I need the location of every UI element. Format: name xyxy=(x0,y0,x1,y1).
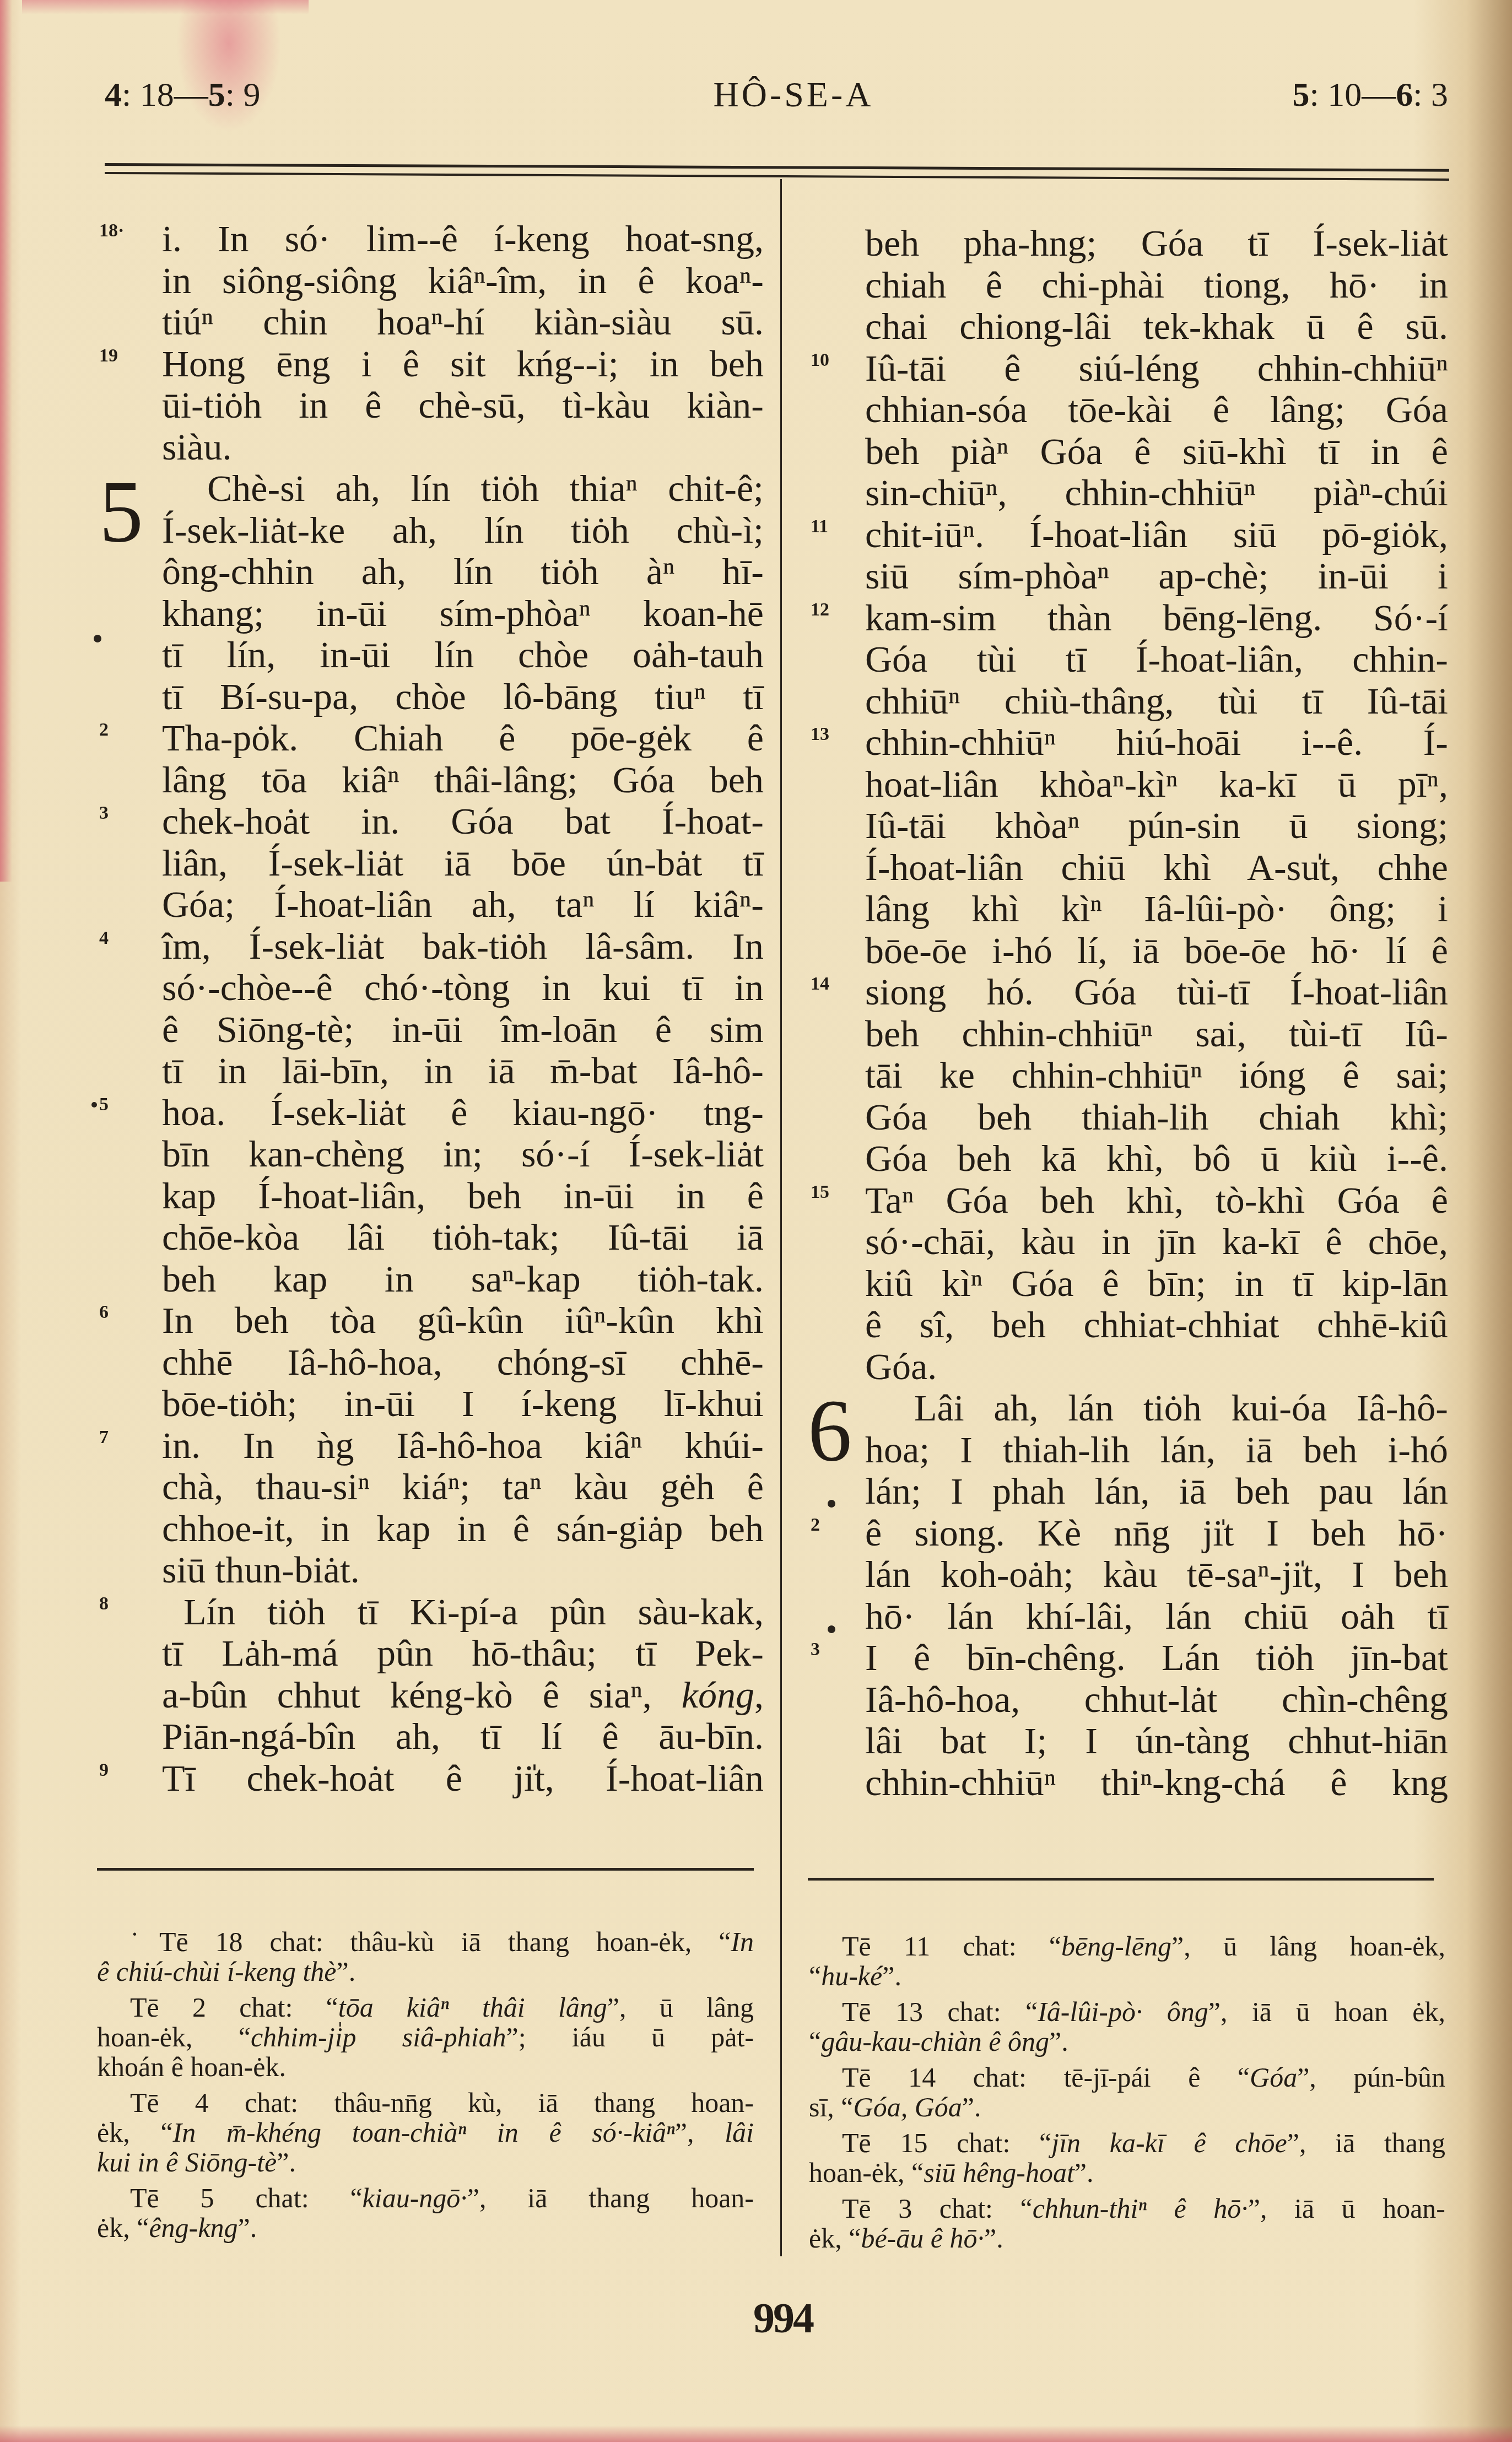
text-line: chhoe-it, in kap in ê sán-giȧp beh xyxy=(162,1508,764,1550)
line-text: Góa tùi tī Í-hoat-liân, chhin- xyxy=(865,638,1448,680)
footnote-text: “ xyxy=(809,1960,821,1991)
footnote-line: ê chiú-chùi í-keng thè”. xyxy=(97,1957,754,1986)
line-text: In beh tòa gû-kûn iûⁿ-kûn khì xyxy=(162,1299,764,1341)
footnote-text: ”, pún-bûn xyxy=(1297,2062,1445,2093)
line-text: tī Bí-su-pa, chòe lô-bāng tiuⁿ tī xyxy=(162,676,764,717)
footnote-line: Tē 11 chat: “bēng-lēng”, ū lâng hoan-ėk, xyxy=(809,1931,1445,1961)
verse-number: 7 xyxy=(99,1428,128,1447)
verse-number: 11 xyxy=(811,517,839,536)
verse-number: 6 xyxy=(99,1303,128,1322)
footnote-line: “gâu-kau-chiàn ê ông”. xyxy=(809,2027,1445,2056)
text-line: siàu. xyxy=(162,426,764,468)
text-line: 10Iû-tāi ê siú-léng chhin-chhiūⁿ xyxy=(865,348,1448,390)
ink-speck xyxy=(828,1500,835,1508)
footnote-italic-text: tōa kiâⁿ thâi lâng xyxy=(338,1992,607,2023)
footnote: Tē 3 chat: “chhun-thiⁿ ê hō·”, iā ū hoan… xyxy=(809,2194,1445,2253)
text-line: 5hoa. Í-sek-liȧt ê kiau-ngō· tng- xyxy=(162,1092,764,1134)
line-text: kiû kìⁿ Góa ê bīn; in tī kip-lān xyxy=(865,1262,1448,1304)
text-line: Í-hoat-liân chiū khì A-su̍t, chhe xyxy=(865,847,1448,889)
line-text: lâi bat I; I ún-tàng chhut-hiān xyxy=(865,1720,1448,1762)
text-line: lâng khì kìⁿ Iâ-lûi-pò· ông; i xyxy=(865,888,1448,930)
verse-number: 8 xyxy=(99,1595,128,1613)
text-line: 11chit-iūⁿ. Í-hoat-liân siū pō-giȯk, xyxy=(865,514,1448,556)
text-line: só·-chāi, kàu in jīn ka-kī ê chōe, xyxy=(865,1221,1448,1263)
verse-number: 9 xyxy=(99,1761,128,1780)
line-text: a-bûn chhut kéng-kò ê siaⁿ, xyxy=(162,1674,682,1716)
line-text: ê sî, beh chhiat-chhiat chhē-kiû xyxy=(865,1304,1448,1346)
text-line: sin-chiūⁿ, chhin-chhiūⁿ piàⁿ-chúi xyxy=(865,472,1448,514)
line-text: Piān-ngá-bîn ah, tī lí ê āu-bīn. xyxy=(162,1715,764,1757)
text-line: 6In beh tòa gû-kûn iûⁿ-kûn khì xyxy=(162,1300,764,1342)
line-text: chai chiong-lâi tek-khak ū ê sū. xyxy=(865,305,1448,347)
text-line: ê sî, beh chhiat-chhiat chhē-kiû xyxy=(865,1304,1448,1346)
footnote-text: ”. xyxy=(962,2092,981,2122)
footnote-text: ”. xyxy=(1049,2026,1068,2057)
verse-number: 19 xyxy=(99,347,128,365)
verse-number: 2 xyxy=(811,1516,839,1535)
footnote: Tē 11 chat: “bēng-lēng”, ū lâng hoan-ėk,… xyxy=(809,1931,1445,1991)
footnote-text: Tē 3 chat: “ xyxy=(842,2193,1033,2224)
line-text: Iû-tāi khòaⁿ pún-sin ū siong; xyxy=(865,804,1448,846)
footnote-line: ˙Tē 18 chat: thâu-kù iā thang hoan-ėk, “… xyxy=(97,1927,754,1957)
text-line: 12kam-sim thàn bēng-lēng. Só·-í xyxy=(865,597,1448,639)
line-text: chhian-sóa tōe-kài ê lâng; Góa xyxy=(865,388,1448,430)
line-text: Taⁿ Góa beh khì, tò-khì Góa ê xyxy=(865,1179,1448,1221)
footnote-italic-text: kiau-ngō· xyxy=(363,2182,467,2213)
text-line: tī Lȧh-má pûn hō-thâu; tī Pek- xyxy=(162,1633,764,1674)
text-line: 2ê siong. Kè nn̄g ji̍t I beh hō· xyxy=(865,1512,1448,1554)
footnote-line: “hu-ké”. xyxy=(809,1961,1445,1991)
line-text: Góa beh kā khì, bô ū kiù i--ê. xyxy=(865,1137,1448,1179)
text-line: Chè-si ah, lín tiȯh thiaⁿ chit-ê; xyxy=(162,468,764,510)
text-line: 9Tī chek-hoȧt ê ji̍t, Í-hoat-liân xyxy=(162,1758,764,1800)
line-text: Hong ēng i ê sit kńg--i; in beh xyxy=(162,343,764,385)
text-line: ông-chhin ah, lín tiȯh àⁿ hī- xyxy=(162,551,764,593)
footnote-italic-text: chhun-thiⁿ ê hō· xyxy=(1033,2193,1248,2224)
text-line: Góa tùi tī Í-hoat-liân, chhin- xyxy=(865,639,1448,680)
running-header-end-reference: 5: 10—6: 3 xyxy=(1293,78,1448,112)
line-text: lán; I phah lán, iā beh pau lán xyxy=(865,1470,1448,1512)
footnote-italic-text: bé-āu ê hō· xyxy=(861,2223,984,2254)
line-text: Góa; Í-hoat-liân ah, taⁿ lí kiâⁿ- xyxy=(162,883,764,925)
footnote-text: khoán ê hoan-ėk. xyxy=(97,2051,286,2082)
line-text: khang; in-ūi sím-phòaⁿ koan-hē xyxy=(162,592,764,634)
text-line: 2Tha-pȯk. Chiah ê pōe-gėk ê xyxy=(162,717,764,759)
footnote: Tē 5 chat: “kiau-ngō·”, iā thang hoan- ė… xyxy=(97,2183,754,2243)
line-text: chhin-chhiūⁿ hiú-hoāi i--ê. Í- xyxy=(865,721,1448,763)
footnote-line: Tē 5 chat: “kiau-ngō·”, iā thang hoan- xyxy=(97,2183,754,2213)
footnote-italic-text: kui in ê Siōng-tè xyxy=(97,2147,277,2178)
right-text-column: beh pha-hng; Góa tī Í-sek-liȧt chiah ê c… xyxy=(865,223,1448,1803)
verse-range-text: : 9 xyxy=(225,76,261,114)
line-text: siū thun-biȧt. xyxy=(162,1549,360,1591)
text-line: bōe-ōe i-hó lí, iā bōe-ōe hō· lí ê xyxy=(865,930,1448,972)
text-line: 7in. In ǹg Iâ-hô-hoa kiâⁿ khúi- xyxy=(162,1425,764,1467)
text-line: lán koh-oȧh; kàu tē-saⁿ-ji̍t, I beh xyxy=(865,1554,1448,1596)
footnote-text: ėk, “ xyxy=(97,2212,149,2243)
line-text: bōe-tiȯh; in-ūi I í-keng lī-khui xyxy=(162,1382,764,1424)
footnote-line: Tē 15 chat: “jīn ka-kī ê chōe”, iā thang xyxy=(809,2128,1445,2158)
text-line: tiúⁿ chin hoaⁿ-hí kiàn-siàu sū. xyxy=(162,301,764,343)
footnote-line: kui in ê Siōng-tè”. xyxy=(97,2147,754,2177)
text-line: tī lín, in-ūi lín chòe oȧh-tauh xyxy=(162,634,764,676)
text-line: chhian-sóa tōe-kài ê lâng; Góa xyxy=(865,389,1448,431)
line-text: chōe-kòa lâi tiȯh-tak; Iû-tāi iā xyxy=(162,1216,764,1258)
text-line: Lâi ah, lán tiȯh kui-óa Iâ-hô- xyxy=(865,1387,1448,1429)
text-line: tī in lāi-bīn, in iā m̄-bat Iâ-hô- xyxy=(162,1050,764,1092)
text-line: bōe-tiȯh; in-ūi I í-keng lī-khui xyxy=(162,1383,764,1425)
text-line: chai chiong-lâi tek-khak ū ê sū. xyxy=(865,306,1448,348)
footnote-text: “ xyxy=(809,2026,821,2057)
line-text: beh chhin-chhiūⁿ sai, tùi-tī Iû- xyxy=(865,1013,1448,1055)
footnote-text: ”, iā thang hoan- xyxy=(467,2182,754,2213)
line-text: só·-chāi, kàu in jīn ka-kī ê chōe, xyxy=(865,1220,1448,1262)
line-text: Lín tiȯh tī Ki-pí-a pûn sàu-kak, xyxy=(183,1591,764,1633)
footnote-text: ”, iā thang xyxy=(1287,2127,1445,2158)
footnote-rule-right xyxy=(808,1878,1434,1881)
footnote-text: ”. xyxy=(1074,2157,1094,2188)
footnote-text: ėk, “ xyxy=(809,2223,861,2254)
line-text: îm, Í-sek-liȧt bak-tiȯh lâ-sâm. In xyxy=(162,925,764,967)
text-line: Piān-ngá-bîn ah, tī lí ê āu-bīn. xyxy=(162,1716,764,1758)
text-line: Góa beh kā khì, bô ū kiù i--ê. xyxy=(865,1138,1448,1180)
footnote-italic-text: Iâ-lûi-pò· ông xyxy=(1038,1996,1208,2027)
text-line: siū thun-biȧt. xyxy=(162,1549,764,1591)
footnote-text: Tē 4 chat: thâu-nn̄g kù, iā thang hoan- xyxy=(130,2087,754,2118)
footnotes-right: Tē 11 chat: “bēng-lēng”, ū lâng hoan-ėk,… xyxy=(809,1931,1445,2253)
text-line: chiah ê chi-phài tiong, hō· in xyxy=(865,264,1448,306)
text-line: beh pha-hng; Góa tī Í-sek-liȧt xyxy=(865,223,1448,264)
footnote-text: ”; iáu ū pȧt- xyxy=(506,2022,754,2052)
line-text: Iû-tāi ê siú-léng chhin-chhiūⁿ xyxy=(865,347,1448,389)
verse-number: 4 xyxy=(99,929,128,948)
verse-range-text: : 18— xyxy=(122,76,208,114)
footnote-line: ėk, “In m̄-khéng toan-chiàⁿ in ê só·-kiâ… xyxy=(97,2117,754,2147)
text-line: siū sím-phòaⁿ ap-chè; in-ūi i xyxy=(865,555,1448,597)
footnote-text: Tē 5 chat: “ xyxy=(130,2182,363,2213)
text-line: a-bûn chhut kéng-kò ê siaⁿ, kóng, xyxy=(162,1674,764,1716)
footnote-text: Tē 15 chat: “ xyxy=(842,2127,1051,2158)
column-divider xyxy=(780,179,782,2256)
text-line: hō· lán khí-lâi, lán chiū oȧh tī xyxy=(865,1596,1448,1638)
text-line: 3I ê bīn-chêng. Lán tiȯh jīn-bat xyxy=(865,1637,1448,1679)
footnote-line: Tē 3 chat: “chhun-thiⁿ ê hō·”, iā ū hoan… xyxy=(809,2194,1445,2223)
text-line: Góa beh thiah-lih chiah khì; xyxy=(865,1096,1448,1138)
footnote-italic-text: In m̄-khéng toan-chiàⁿ in ê só·-kiâⁿ xyxy=(173,2117,675,2148)
footnote-italic-text: Góa xyxy=(1250,2062,1297,2093)
footnote-line: khoán ê hoan-ėk. xyxy=(97,2052,754,2082)
line-text: beh piàⁿ Góa ê siū-khì tī in ê xyxy=(865,430,1448,472)
line-text: chiah ê chi-phài tiong, hō· in xyxy=(865,264,1448,306)
text-line: in siông-siông kiâⁿ-îm, in ê koaⁿ- xyxy=(162,260,764,302)
text-line: 4îm, Í-sek-liȧt bak-tiȯh lâ-sâm. In xyxy=(162,926,764,968)
text-line: khang; in-ūi sím-phòaⁿ koan-hē xyxy=(162,593,764,635)
text-line: 8Lín tiȯh tī Ki-pí-a pûn sàu-kak, xyxy=(162,1591,764,1633)
ink-speck xyxy=(828,1625,835,1633)
line-text: Góa beh thiah-lih chiah khì; xyxy=(865,1096,1448,1138)
chapter-number: 4 xyxy=(105,76,122,114)
footnote-text: hoan-ėk, “ xyxy=(809,2157,924,2188)
verse-range-text: : 10— xyxy=(1310,76,1396,114)
text-line: ê Siōng-tè; in-ūi îm-loān ê sim xyxy=(162,1009,764,1051)
line-text: lâng tōa kiâⁿ thâi-lâng; Góa beh xyxy=(162,759,764,801)
footnote-line: sī, “Góa, Góa”. xyxy=(809,2092,1445,2122)
footnote-rule-left xyxy=(97,1868,754,1871)
text-line: chhin-chhiūⁿ thiⁿ-kng-chá ê kng xyxy=(865,1762,1448,1804)
line-text: bīn kan-chèng in; só·-í Í-sek-liȧt xyxy=(162,1133,764,1175)
verse-number: 18· xyxy=(99,221,128,240)
footnote-text: Tē 2 chat: “ xyxy=(130,1992,338,2023)
page-number: 994 xyxy=(673,2297,893,2340)
line-text: beh pha-hng; Góa tī Í-sek-liȧt xyxy=(865,222,1448,264)
line-text: kap Í-hoat-liân, beh in-ūi in ê xyxy=(162,1175,764,1217)
line-text: só·-chòe--ê chó·-tòng in kui tī in xyxy=(162,966,764,1008)
chapter-number: 5 xyxy=(208,76,225,114)
footnote-text: ”. xyxy=(984,2223,1003,2254)
line-text: Lâi ah, lán tiȯh kui-óa Iâ-hô- xyxy=(914,1387,1448,1429)
footnote: Tē 14 chat: tē-jī-pái ê “Góa”, pún-bûn s… xyxy=(809,2062,1445,2122)
line-text: lán koh-oȧh; kàu tē-saⁿ-ji̍t, I beh xyxy=(865,1553,1448,1595)
chapter-number: 5 xyxy=(1293,76,1310,114)
footnote-italic-text: Góa, Góa xyxy=(854,2092,962,2122)
text-line: Í-sek-liȧt-ke ah, lín tiȯh chù-ì; xyxy=(162,510,764,552)
line-text: Iâ-hô-hoa, chhut-lȧt chìn-chêng xyxy=(865,1678,1448,1720)
left-text-column: 18·i. In só· lim--ê í-keng hoat-sng, in … xyxy=(162,218,764,1799)
verse-range-text: : 3 xyxy=(1413,76,1448,114)
footnote: Tē 15 chat: “jīn ka-kī ê chōe”, iā thang… xyxy=(809,2128,1445,2187)
line-text: hoa; I thiah-lih lán, iā beh i-hó xyxy=(865,1429,1448,1471)
footnote-italic-text: hu-ké xyxy=(821,1960,882,1991)
footnote: Tē 2 chat: “tōa kiâⁿ thâi lâng”, ū lâng … xyxy=(97,1992,754,2082)
line-text: in siông-siông kiâⁿ-îm, in ê koaⁿ- xyxy=(162,260,764,301)
line-text: tī lín, in-ūi lín chòe oȧh-tauh xyxy=(162,634,764,676)
footnote-italic-text: lâi xyxy=(725,2117,754,2148)
line-text: hoa. Í-sek-liȧt ê kiau-ngō· tng- xyxy=(162,1092,764,1133)
line-text: in. In ǹg Iâ-hô-hoa kiâⁿ khúi- xyxy=(162,1424,764,1466)
footnote-text: ”, xyxy=(675,2117,725,2148)
verse-number: 12 xyxy=(811,601,839,619)
footnote: ˙Tē 18 chat: thâu-kù iā thang hoan-ėk, “… xyxy=(97,1927,754,1986)
line-text: ūi-tiȯh in ê chè-sū, tì-kàu kiàn- xyxy=(162,384,764,426)
text-line: 15Taⁿ Góa beh khì, tò-khì Góa ê xyxy=(865,1180,1448,1222)
text-line: kap Í-hoat-liân, beh in-ūi in ê xyxy=(162,1175,764,1217)
chapter-number: 6 xyxy=(1396,76,1413,114)
text-line: chhiūⁿ chiù-thâng, tùi tī Iû-tāi xyxy=(865,680,1448,722)
footnote-text: Tē 14 chat: tē-jī-pái ê “ xyxy=(842,2062,1250,2093)
line-text: chà, thau-siⁿ kiáⁿ; taⁿ kàu gėh ê xyxy=(162,1466,764,1508)
footnote-italic-text: gâu-kau-chiàn ê ông xyxy=(821,2026,1049,2057)
footnote-line: hoan-ėk, “siū hêng-hoat”. xyxy=(809,2158,1445,2187)
text-line: só·-chòe--ê chó·-tòng in kui tī in xyxy=(162,967,764,1009)
text-line: hoa; I thiah-lih lán, iā beh i-hó xyxy=(865,1429,1448,1471)
footnote-text: ”, ū lâng hoan-ėk, xyxy=(1171,1931,1445,1962)
verse-number: 15 xyxy=(811,1183,839,1202)
footnote-text: ”. xyxy=(882,1960,901,1991)
text-line: ūi-tiȯh in ê chè-sū, tì-kàu kiàn- xyxy=(162,385,764,426)
footnote-line: hoan-ėk, “chhim-ji̍p siâ-phiah”; iáu ū p… xyxy=(97,2022,754,2052)
line-text: tī Lȧh-má pûn hō-thâu; tī Pek- xyxy=(162,1632,764,1674)
verse-number: 10 xyxy=(811,351,839,370)
line-text: siàu. xyxy=(162,426,232,468)
text-line: Iâ-hô-hoa, chhut-lȧt chìn-chêng xyxy=(865,1679,1448,1721)
line-text: chek-hoȧt in. Góa bat Í-hoat- xyxy=(162,800,764,842)
text-line: beh chhin-chhiūⁿ sai, tùi-tī Iû- xyxy=(865,1013,1448,1055)
footnote-text: sī, “ xyxy=(809,2092,854,2122)
footnote-line: Tē 14 chat: tē-jī-pái ê “Góa”, pún-bûn xyxy=(809,2062,1445,2092)
line-text: i. In só· lim--ê í-keng hoat-sng, xyxy=(162,218,764,260)
line-text: chhiūⁿ chiù-thâng, tùi tī Iû-tāi xyxy=(865,680,1448,722)
line-text: chit-iūⁿ. Í-hoat-liân siū pō-giȯk, xyxy=(865,514,1448,555)
chapter-drop-cap: 5 xyxy=(99,467,143,555)
footnote-line: Tē 2 chat: “tōa kiâⁿ thâi lâng”, ū lâng xyxy=(97,1992,754,2022)
footnote-italic-text: siū hêng-hoat xyxy=(924,2157,1074,2188)
text-line: chōe-kòa lâi tiȯh-tak; Iû-tāi iā xyxy=(162,1217,764,1258)
chapter-drop-cap: 6 xyxy=(808,1386,852,1474)
footnote-italic-text: ê chiú-chùi í-keng thè xyxy=(97,1956,337,1987)
line-text: Tī chek-hoȧt ê ji̍t, Í-hoat-liân xyxy=(162,1757,764,1799)
footnote-text: ”, ū lâng xyxy=(607,1992,754,2023)
verse-number: 5 xyxy=(99,1095,128,1114)
line-text: sin-chiūⁿ, chhin-chhiūⁿ piàⁿ-chúi xyxy=(865,472,1448,514)
line-text: tī in lāi-bīn, in iā m̄-bat Iâ-hô- xyxy=(162,1050,764,1092)
footnote-italic-text: In xyxy=(731,1926,754,1957)
ink-speck xyxy=(94,635,101,642)
text-line: kiû kìⁿ Góa ê bīn; in tī kip-lān xyxy=(865,1263,1448,1305)
footnote-line: ėk, “bé-āu ê hō·”. xyxy=(809,2223,1445,2253)
text-line: lán; I phah lán, iā beh pau lán xyxy=(865,1471,1448,1512)
text-line: beh piàⁿ Góa ê siū-khì tī in ê xyxy=(865,431,1448,473)
ink-speck xyxy=(91,1102,97,1107)
line-text: ông-chhin ah, lín tiȯh àⁿ hī- xyxy=(162,550,764,592)
line-text: , xyxy=(754,1674,764,1716)
footnote-italic-text: jīn ka-kī ê chōe xyxy=(1051,2127,1287,2158)
footnote-italic-text: êng-kng xyxy=(149,2212,237,2243)
text-line: lâng tōa kiâⁿ thâi-lâng; Góa beh xyxy=(162,759,764,801)
footnote-text: ėk, “ xyxy=(97,2117,173,2148)
line-text: I ê bīn-chêng. Lán tiȯh jīn-bat xyxy=(865,1636,1448,1678)
text-line: hoat-liân khòaⁿ-kìⁿ ka-kī ū pīⁿ, xyxy=(865,764,1448,806)
text-line: lâi bat I; I ún-tàng chhut-hiān xyxy=(865,1720,1448,1762)
footnote-text: ”. xyxy=(277,2147,296,2178)
footnote-text: ”, iā ū hoan ėk, xyxy=(1208,1996,1445,2027)
line-text: liân, Í-sek-liȧt iā bōe ún-bȧt tī xyxy=(162,842,764,884)
footnote: Tē 13 chat: “Iâ-lûi-pò· ông”, iā ū hoan … xyxy=(809,1997,1445,2056)
line-text: Í-hoat-liân chiū khì A-su̍t, chhe xyxy=(865,846,1448,888)
footnote-line: Tē 13 chat: “Iâ-lûi-pò· ông”, iā ū hoan … xyxy=(809,1997,1445,2027)
running-header-start-reference: 4: 18—5: 9 xyxy=(105,78,260,112)
line-text: tiúⁿ chin hoaⁿ-hí kiàn-siàu sū. xyxy=(162,301,764,343)
verse-number: 3 xyxy=(811,1640,839,1659)
text-line: Iû-tāi khòaⁿ pún-sin ū siong; xyxy=(865,805,1448,847)
text-line: Góa; Í-hoat-liân ah, taⁿ lí kiâⁿ- xyxy=(162,884,764,926)
footnote-line: Tē 4 chat: thâu-nn̄g kù, iā thang hoan- xyxy=(97,2088,754,2117)
text-line: Góa. xyxy=(865,1346,1448,1388)
line-text: siong hó. Góa tùi-tī Í-hoat-liân xyxy=(865,971,1448,1013)
footnote-line: ėk, “êng-kng”. xyxy=(97,2213,754,2243)
text-line: tāi ke chhin-chhiūⁿ ióng ê sai; xyxy=(865,1055,1448,1096)
text-line: chà, thau-siⁿ kiáⁿ; taⁿ kàu gėh ê xyxy=(162,1466,764,1508)
text-line: 14siong hó. Góa tùi-tī Í-hoat-liân xyxy=(865,971,1448,1013)
line-text: kam-sim thàn bēng-lēng. Só·-í xyxy=(865,597,1448,639)
verse-number: 3 xyxy=(99,804,128,823)
footnote-text: hoan-ėk, “ xyxy=(97,2022,251,2052)
line-text: hō· lán khí-lâi, lán chiū oȧh tī xyxy=(865,1595,1448,1637)
line-text: chhē Iâ-hô-hoa, chóng-sī chhē- xyxy=(162,1341,764,1383)
line-text: siū sím-phòaⁿ ap-chè; in-ūi i xyxy=(865,555,1448,597)
text-line: bīn kan-chèng in; só·-í Í-sek-liȧt xyxy=(162,1133,764,1175)
footnote-italic-text: chhim-ji̍p siâ-phiah xyxy=(251,2022,506,2052)
footnote: Tē 4 chat: thâu-nn̄g kù, iā thang hoan- … xyxy=(97,2088,754,2177)
line-text: bōe-ōe i-hó lí, iā bōe-ōe hō· lí ê xyxy=(865,930,1448,971)
line-text: Í-sek-liȧt-ke ah, lín tiȯh chù-ì; xyxy=(162,509,764,551)
text-line: 19Hong ēng i ê sit kńg--i; in beh xyxy=(162,343,764,385)
line-text: ê siong. Kè nn̄g ji̍t I beh hō· xyxy=(865,1512,1448,1554)
footnote-text: ˙Tē 18 chat: thâu-kù iā thang hoan-ėk, “ xyxy=(130,1926,731,1957)
book-title: HÔ-SE-A xyxy=(628,78,959,112)
footnote-italic-text: bēng-lēng xyxy=(1061,1931,1171,1962)
footnote-text: ”. xyxy=(237,2212,257,2243)
text-line: tī Bí-su-pa, chòe lô-bāng tiuⁿ tī xyxy=(162,676,764,718)
text-line: 13chhin-chhiūⁿ hiú-hoāi i--ê. Í- xyxy=(865,722,1448,764)
footnote-text: ”, iā ū hoan- xyxy=(1248,2193,1445,2224)
verse-number: 13 xyxy=(811,725,839,744)
text-line: beh kap in saⁿ-kap tiȯh-tak. xyxy=(162,1258,764,1300)
line-text: Góa. xyxy=(865,1346,937,1387)
line-text: lâng khì kìⁿ Iâ-lûi-pò· ông; i xyxy=(865,888,1448,930)
verse-number: 14 xyxy=(811,975,839,993)
footnote-text: Tē 13 chat: “ xyxy=(842,1996,1038,2027)
text-line: 18·i. In só· lim--ê í-keng hoat-sng, xyxy=(162,218,764,260)
line-text-italic: kóng xyxy=(682,1674,754,1716)
text-line: liân, Í-sek-liȧt iā bōe ún-bȧt tī xyxy=(162,842,764,884)
line-text: chhin-chhiūⁿ thiⁿ-kng-chá ê kng xyxy=(865,1762,1448,1803)
verse-number: 2 xyxy=(99,721,128,739)
line-text: chhoe-it, in kap in ê sán-giȧp beh xyxy=(162,1508,764,1549)
footnote-text: Tē 11 chat: “ xyxy=(842,1931,1061,1962)
footnotes-left: ˙Tē 18 chat: thâu-kù iā thang hoan-ėk, “… xyxy=(97,1927,754,2243)
line-text: Chè-si ah, lín tiȯh thiaⁿ chit-ê; xyxy=(207,467,764,509)
text-line: chhē Iâ-hô-hoa, chóng-sī chhē- xyxy=(162,1342,764,1384)
footnote-text: ”. xyxy=(337,1956,356,1987)
line-text: hoat-liân khòaⁿ-kìⁿ ka-kī ū pīⁿ, xyxy=(865,763,1448,805)
line-text: tāi ke chhin-chhiūⁿ ióng ê sai; xyxy=(865,1054,1448,1096)
line-text: Tha-pȯk. Chiah ê pōe-gėk ê xyxy=(162,717,764,759)
line-text: ê Siōng-tè; in-ūi îm-loān ê sim xyxy=(162,1008,764,1050)
text-line: 3chek-hoȧt in. Góa bat Í-hoat- xyxy=(162,801,764,842)
line-text: beh kap in saⁿ-kap tiȯh-tak. xyxy=(162,1258,764,1300)
